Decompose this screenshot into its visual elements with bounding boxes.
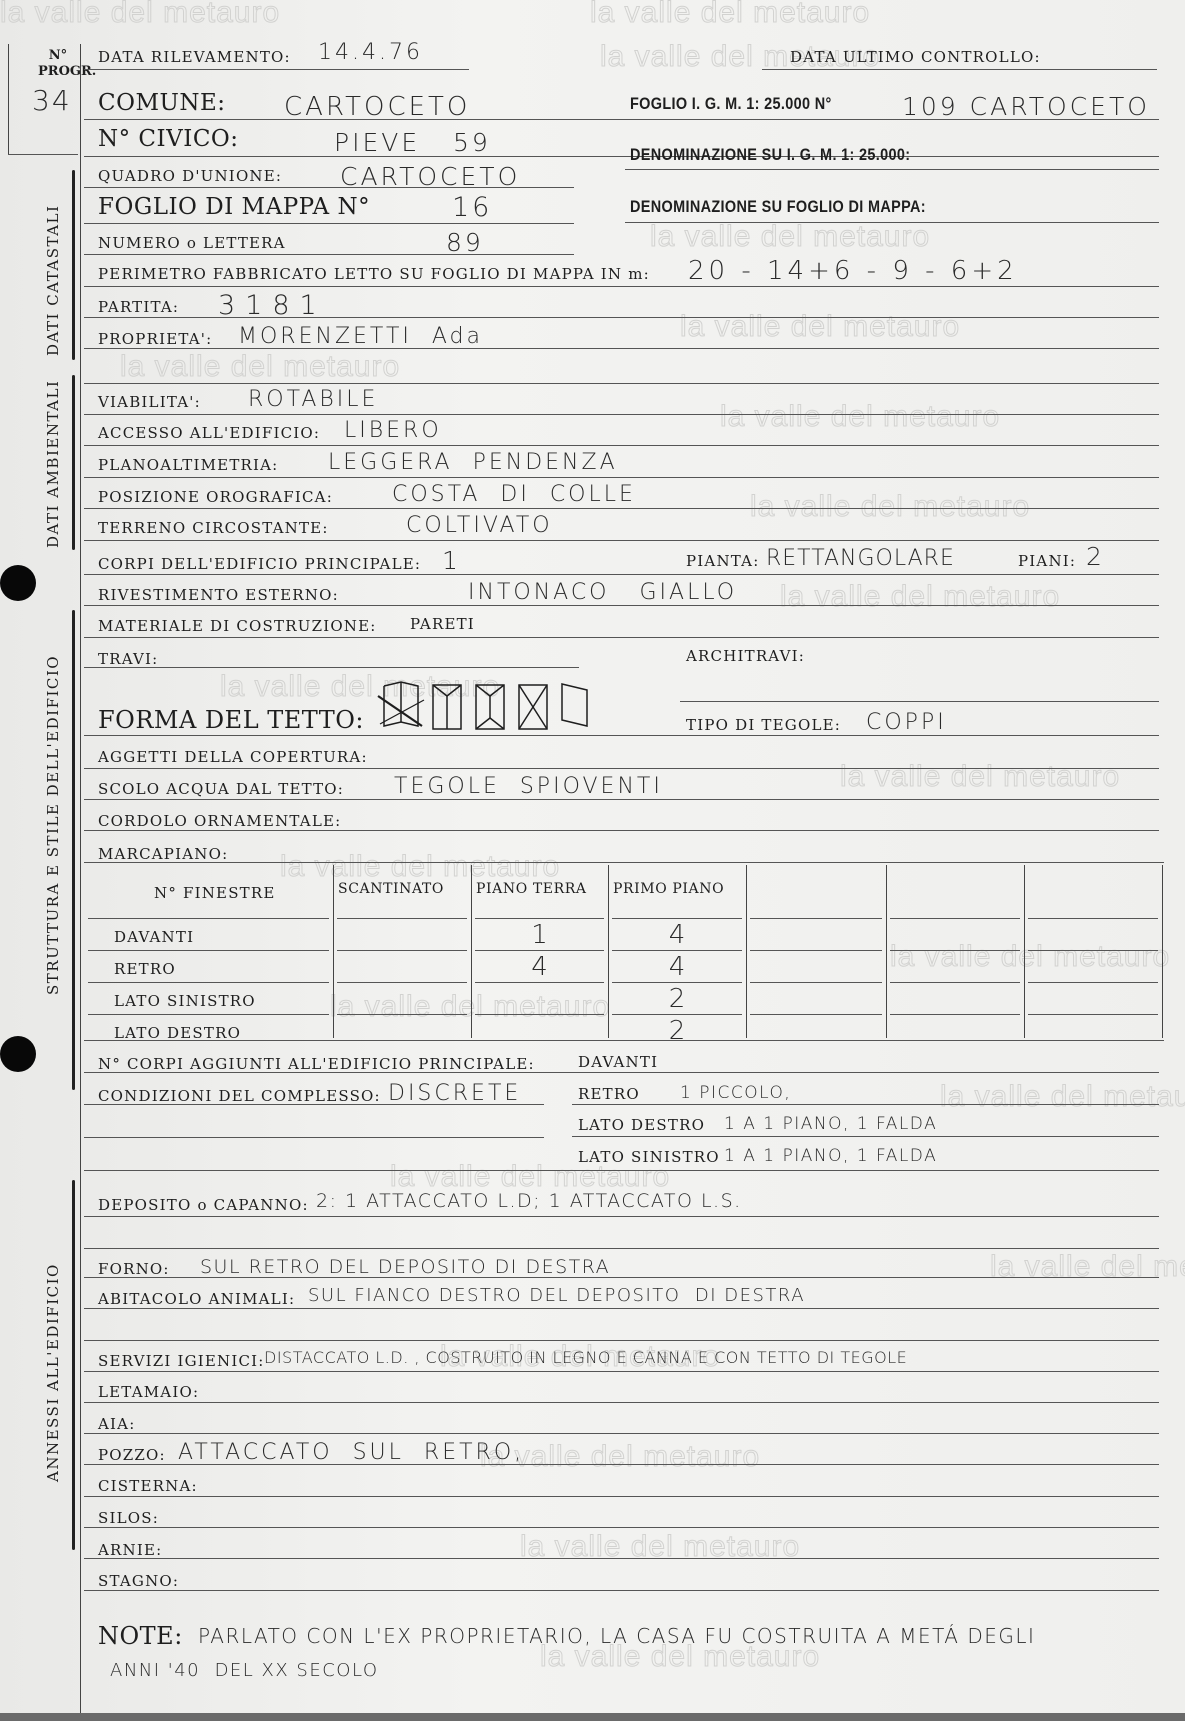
roof-shape-options (376, 676, 596, 736)
survey-form-page: la valle del metauro la valle del metaur… (0, 0, 1185, 1721)
table-row-line (475, 982, 604, 983)
cisterna-field[interactable] (84, 1496, 1159, 1497)
scolo-value[interactable]: TEGOLE SPIOVENTI (394, 774, 663, 799)
planoaltimetria-value[interactable]: LEGGERA PENDENZA (328, 450, 618, 475)
section-label-ambientali: DATI AMBIENTALI (44, 380, 62, 548)
section-label-struttura: STRUTTURA E STILE DELL'EDIFICIO (44, 655, 62, 995)
watermark: la valle del metauro (720, 400, 1000, 434)
table-row-label: DAVANTI (114, 928, 194, 946)
section-label-annessi: ANNESSI ALL'EDIFICIO (44, 1263, 62, 1482)
numero-lettera-label: NUMERO o LETTERA (98, 234, 286, 252)
punch-hole (0, 565, 36, 601)
viabilita-label: VIABILITA': (98, 393, 201, 411)
condizioni-value[interactable]: DISCRETE (388, 1081, 521, 1106)
table-row-line (88, 1014, 329, 1015)
pozzo-value[interactable]: ATTACCATO SUL RETRO, (178, 1440, 524, 1465)
tegole-label: TIPO DI TEGOLE: (686, 716, 841, 734)
section-label-catastali: DATI CATASTALI (44, 205, 62, 356)
planoaltimetria-label: PLANOALTIMETRIA: (98, 456, 278, 474)
comune-label: COMUNE: (98, 90, 226, 116)
tegole-value[interactable]: COPPI (866, 710, 947, 735)
section-brace (72, 1180, 75, 1550)
aggetti-label: AGGETTI DELLA COPERTURA: (98, 748, 368, 766)
aia-label: AIA: (98, 1415, 135, 1433)
deposito-label: DEPOSITO o CAPANNO: (98, 1196, 309, 1214)
table-row-line (1028, 918, 1158, 919)
punch-hole (0, 1036, 36, 1072)
igm-foglio-value[interactable]: 109 CARTOCETO (902, 92, 1150, 121)
table-cell[interactable]: 4 (608, 952, 746, 982)
table-column-divider (1162, 865, 1163, 1038)
deposito-value[interactable]: 2: 1 ATTACCATO L.D; 1 ATTACCATO L.S. (316, 1190, 742, 1212)
silos-label: SILOS: (98, 1509, 159, 1527)
table-row-line (88, 918, 329, 919)
table-cell[interactable]: 1 (471, 920, 608, 950)
table-row-line (612, 918, 742, 919)
marcapiano-field[interactable] (84, 862, 1164, 863)
shed-roof-icon[interactable] (562, 684, 587, 726)
table-row-line (1028, 1014, 1158, 1015)
table-row-line (1028, 982, 1158, 983)
table-row-line (890, 918, 1020, 919)
servizi-value[interactable]: DISTACCATO L.D. , COSTRUITO IN LEGNO E C… (264, 1348, 907, 1367)
proprieta-value[interactable]: MORENZETTI Ada (238, 324, 483, 349)
abitacolo-label: ABITACOLO ANIMALI: (98, 1290, 295, 1308)
gable-roof-icon[interactable] (378, 682, 424, 726)
table-row-line (612, 982, 742, 983)
watermark: la valle del metauro (890, 940, 1170, 974)
igm-denominazione-label: DENOMINAZIONE SU I. G. M. 1: 25.000: (630, 145, 910, 165)
progr-value: 34 (32, 84, 72, 117)
table-row-label: LATO DESTRO (114, 1024, 241, 1042)
watermark: la valle del metauro (990, 1250, 1185, 1284)
table-cell[interactable]: 4 (608, 920, 746, 950)
forno-value[interactable]: SUL RETRO DEL DEPOSITO DI DESTRA (200, 1256, 610, 1278)
stagno-label: STAGNO: (98, 1572, 179, 1590)
foglio-mappa-value[interactable]: 16 (452, 192, 492, 223)
progr-label: N° PROGR. (38, 48, 78, 80)
pyramid-roof-icon[interactable] (519, 685, 547, 729)
forma-tetto-label: FORMA DEL TETTO: (98, 706, 364, 734)
note-line-2[interactable]: ANNI '40 DEL XX SECOLO (110, 1660, 379, 1681)
aggetti-field[interactable] (84, 768, 1159, 769)
letamaio-label: LETAMAIO: (98, 1383, 199, 1401)
table-row-label: LATO SINISTRO (114, 992, 256, 1010)
table-cell[interactable]: 2 (608, 1016, 746, 1046)
servizi-label: SERVIZI IGIENICI: (98, 1352, 265, 1370)
table-column-header: SCANTINATO (338, 881, 444, 897)
corpi-davanti-label: DAVANTI (578, 1053, 658, 1071)
igm-foglio-label: FOGLIO I. G. M. 1: 25.000 N° (630, 94, 832, 114)
table-cell[interactable]: 2 (608, 984, 746, 1014)
cordolo-label: CORDOLO ORNAMENTALE: (98, 812, 341, 830)
data-rilevamento-value[interactable]: 14.4.76 (318, 40, 423, 65)
table-row-label: RETRO (114, 960, 176, 978)
table-row-line (890, 982, 1020, 983)
data-ultimo-controllo-field[interactable] (762, 69, 1157, 70)
watermark: la valle del metauro (0, 0, 280, 30)
quadro-label: QUADRO D'UNIONE: (98, 167, 282, 185)
progr-box-border (8, 154, 78, 155)
accesso-value[interactable]: LIBERO (344, 418, 442, 443)
scan-edge (0, 1713, 1185, 1721)
viabilita-value[interactable]: ROTABILE (248, 387, 378, 412)
note-label: NOTE: (98, 1622, 183, 1650)
foglio-mappa-label: FOGLIO DI MAPPA N° (98, 194, 370, 220)
corpi-retro-value[interactable]: 1 PICCOLO, (680, 1083, 791, 1103)
pianta-label: PIANTA: (686, 552, 759, 570)
corpi-aggiunti-label: N° CORPI AGGIUNTI ALL'EDIFICIO PRINCIPAL… (98, 1055, 535, 1073)
table-column-divider (333, 865, 334, 1038)
marcapiano-label: MARCAPIANO: (98, 845, 228, 863)
table-column-header: PRIMO PIANO (613, 881, 724, 897)
piani-value[interactable]: 2 (1086, 542, 1105, 571)
corpi-sinistro-label: LATO SINISTRO (578, 1148, 720, 1166)
progr-box-border (8, 44, 9, 154)
partita-label: PARTITA: (98, 298, 179, 316)
table-row-line (88, 950, 329, 951)
table-row-line (890, 1014, 1020, 1015)
table-row-line (475, 918, 604, 919)
corpi-destro-label: LATO DESTRO (578, 1116, 705, 1134)
table-column-divider (746, 865, 747, 1038)
scolo-label: SCOLO ACQUA DAL TETTO: (98, 780, 344, 798)
terreno-label: TERRENO CIRCOSTANTE: (98, 519, 329, 537)
table-row-line (750, 982, 882, 983)
accesso-label: ACCESSO ALL'EDIFICIO: (98, 424, 320, 442)
watermark: la valle del metauro (750, 490, 1030, 524)
rivestimento-label: RIVESTIMENTO ESTERNO: (98, 586, 339, 604)
section-brace (72, 610, 75, 1090)
pianta-value[interactable]: RETTANGOLARE (766, 546, 955, 571)
arnie-label: ARNIE: (98, 1541, 162, 1559)
table-row-line (612, 950, 742, 951)
table-row-line (750, 950, 882, 951)
note-line-1[interactable]: PARLATO CON L'EX PROPRIETARIO, LA CASA F… (198, 1624, 1035, 1648)
travi-field[interactable] (84, 667, 579, 668)
table-cell[interactable]: 4 (471, 952, 608, 982)
table-column-divider (1024, 865, 1025, 1038)
civico-value[interactable]: PIEVE 59 (334, 128, 491, 157)
watermark: la valle del metauro (680, 310, 960, 344)
table-row-line (890, 950, 1020, 951)
hip-roof-one-end-icon[interactable] (433, 685, 461, 729)
data-rilevamento-label: DATA RILEVAMENTO: (98, 48, 291, 66)
posizione-label: POSIZIONE OROGRAFICA: (98, 488, 333, 506)
watermark: la valle del metauro (780, 580, 1060, 614)
table-row-line (337, 1014, 467, 1015)
terreno-value[interactable]: COLTIVATO (406, 513, 553, 538)
table-column-divider (886, 865, 887, 1038)
stagno-field[interactable] (84, 1590, 1159, 1591)
watermark: la valle del metauro (940, 1080, 1185, 1114)
piani-label: PIANI: (1018, 552, 1076, 570)
watermark: la valle del metauro (280, 850, 560, 884)
aia-field[interactable] (84, 1433, 1159, 1434)
table-header-finestre: N° FINESTRE (154, 884, 276, 902)
table-row-line (337, 950, 467, 951)
table-row-line (750, 918, 882, 919)
table-row-line (475, 950, 604, 951)
table-row-line (612, 1014, 742, 1015)
arnie-field[interactable] (84, 1558, 1159, 1559)
travi-label: TRAVI: (98, 650, 158, 668)
materiale-value: PARETI (410, 615, 475, 633)
watermark: la valle del metauro (120, 350, 400, 384)
materiale-label: MATERIALE DI COSTRUZIONE: (98, 617, 377, 635)
cisterna-label: CISTERNA: (98, 1477, 198, 1495)
proprieta-label: PROPRIETA': (98, 330, 212, 348)
table-row-line (337, 918, 467, 919)
table-row-line (88, 982, 329, 983)
architravi-label: ARCHITRAVI: (686, 647, 805, 665)
pozzo-label: POZZO: (98, 1446, 166, 1464)
table-row-line (475, 1014, 604, 1015)
cordolo-field[interactable] (84, 830, 1159, 831)
corpi-label: CORPI DELL'EDIFICIO PRINCIPALE: (98, 555, 421, 573)
margin-rule (80, 44, 81, 1714)
architravi-field[interactable] (680, 701, 1159, 702)
corpi-sinistro-value[interactable]: 1 A 1 PIANO, 1 FALDA (724, 1146, 937, 1166)
corpi-retro-label: RETRO (578, 1085, 640, 1103)
condizioni-label: CONDIZIONI DEL COMPLESSO: (98, 1087, 381, 1105)
posizione-value[interactable]: COSTA DI COLLE (392, 482, 636, 507)
silos-field[interactable] (84, 1527, 1159, 1528)
table-row-line (750, 1014, 882, 1015)
corpi-destro-value[interactable]: 1 A 1 PIANO, 1 FALDA (724, 1114, 937, 1134)
watermark: la valle del metauro (590, 0, 870, 30)
table-row-line (337, 982, 467, 983)
watermark: la valle del metauro (650, 220, 930, 254)
forno-label: FORNO: (98, 1260, 170, 1278)
hip-roof-icon[interactable] (476, 685, 504, 729)
perimetro-label: PERIMETRO FABBRICATO LETTO SU FOGLIO DI … (98, 265, 650, 283)
data-ultimo-controllo-label: DATA ULTIMO CONTROLLO: (790, 48, 1041, 66)
letamaio-field[interactable] (84, 1402, 1159, 1403)
perimetro-value[interactable]: 20 - 14+6 - 9 - 6+2 (688, 256, 1018, 286)
corpi-value[interactable]: 1 (442, 546, 461, 575)
comune-value[interactable]: CARTOCETO (284, 92, 470, 122)
table-row-line (1028, 950, 1158, 951)
abitacolo-value[interactable]: SUL FIANCO DESTRO DEL DEPOSITO DI DESTRA (308, 1285, 805, 1306)
section-brace (72, 375, 75, 550)
watermark: la valle del metauro (840, 760, 1120, 794)
rivestimento-value[interactable]: INTONACO GIALLO (468, 580, 737, 605)
section-brace (72, 170, 75, 360)
numero-lettera-value[interactable]: 89 (446, 228, 484, 257)
table-column-header: PIANO TERRA (476, 881, 587, 897)
mappa-denominazione-label: DENOMINAZIONE SU FOGLIO DI MAPPA: (630, 197, 926, 217)
civico-label: N° CIVICO: (98, 126, 239, 152)
